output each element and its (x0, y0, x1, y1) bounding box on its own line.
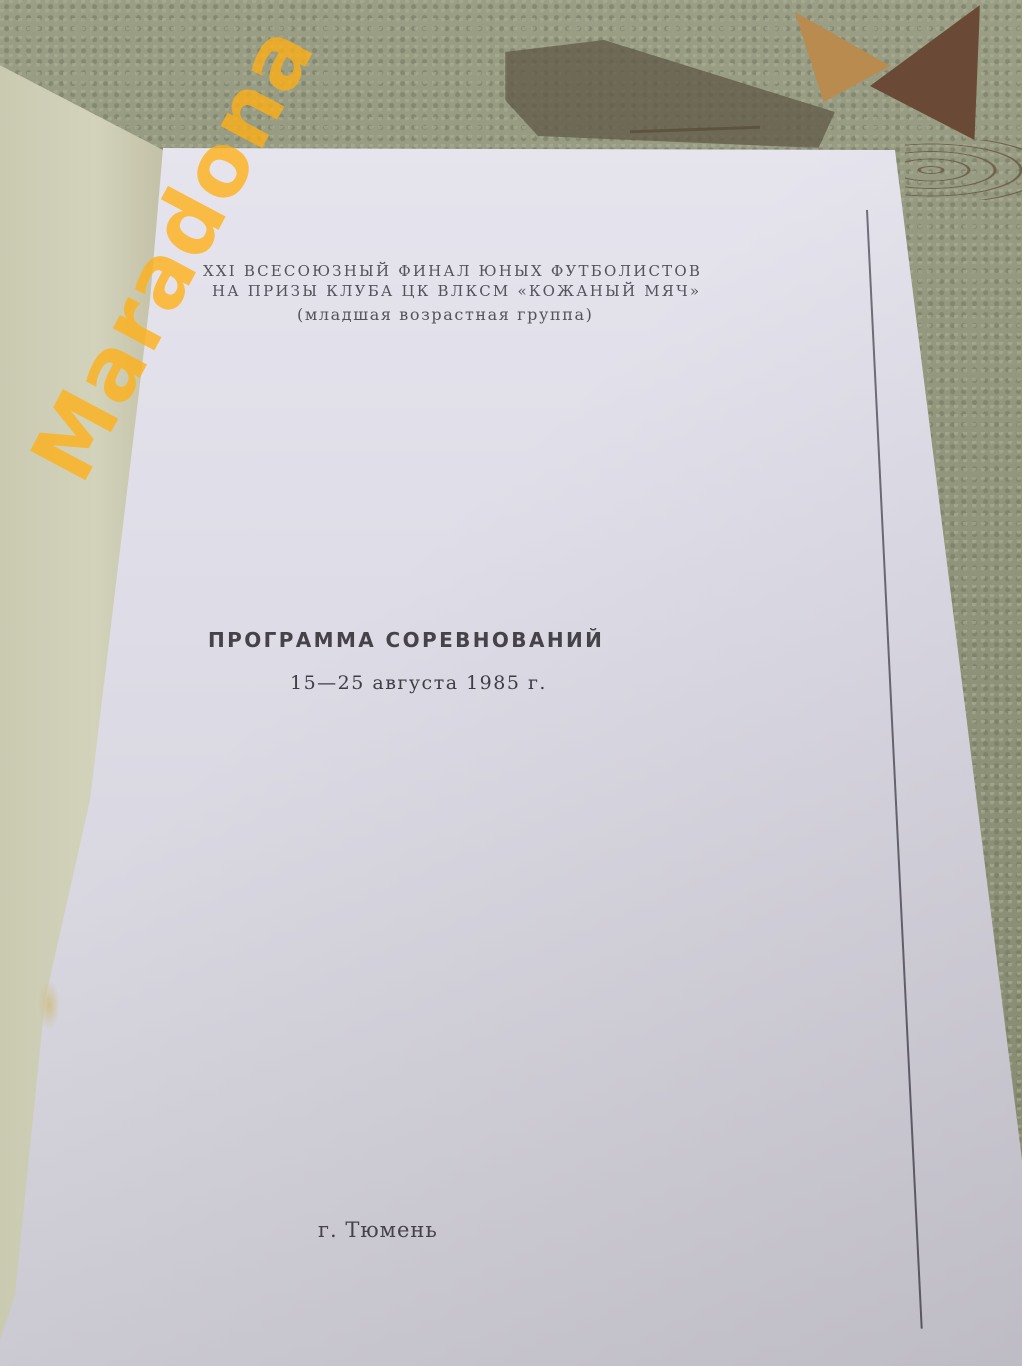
event-city: г. Тюмень (318, 1218, 438, 1242)
header-line-1: XXI ВСЕСОЮЗНЫЙ ФИНАЛ ЮНЫХ ФУТБОЛИСТОВ (203, 262, 702, 280)
header-line-2: НА ПРИЗЫ КЛУБА ЦК ВЛКСМ «КОЖАНЫЙ МЯЧ» (212, 282, 701, 300)
carpet-pattern-loops (905, 140, 1022, 200)
programme-title: ПРОГРАММА СОРЕВНОВАНИЙ (208, 628, 604, 652)
header-line-3: (младшая возрастная группа) (297, 305, 594, 324)
event-dates: 15—25 августа 1985 г. (290, 672, 547, 694)
paper-stain (38, 980, 60, 1030)
